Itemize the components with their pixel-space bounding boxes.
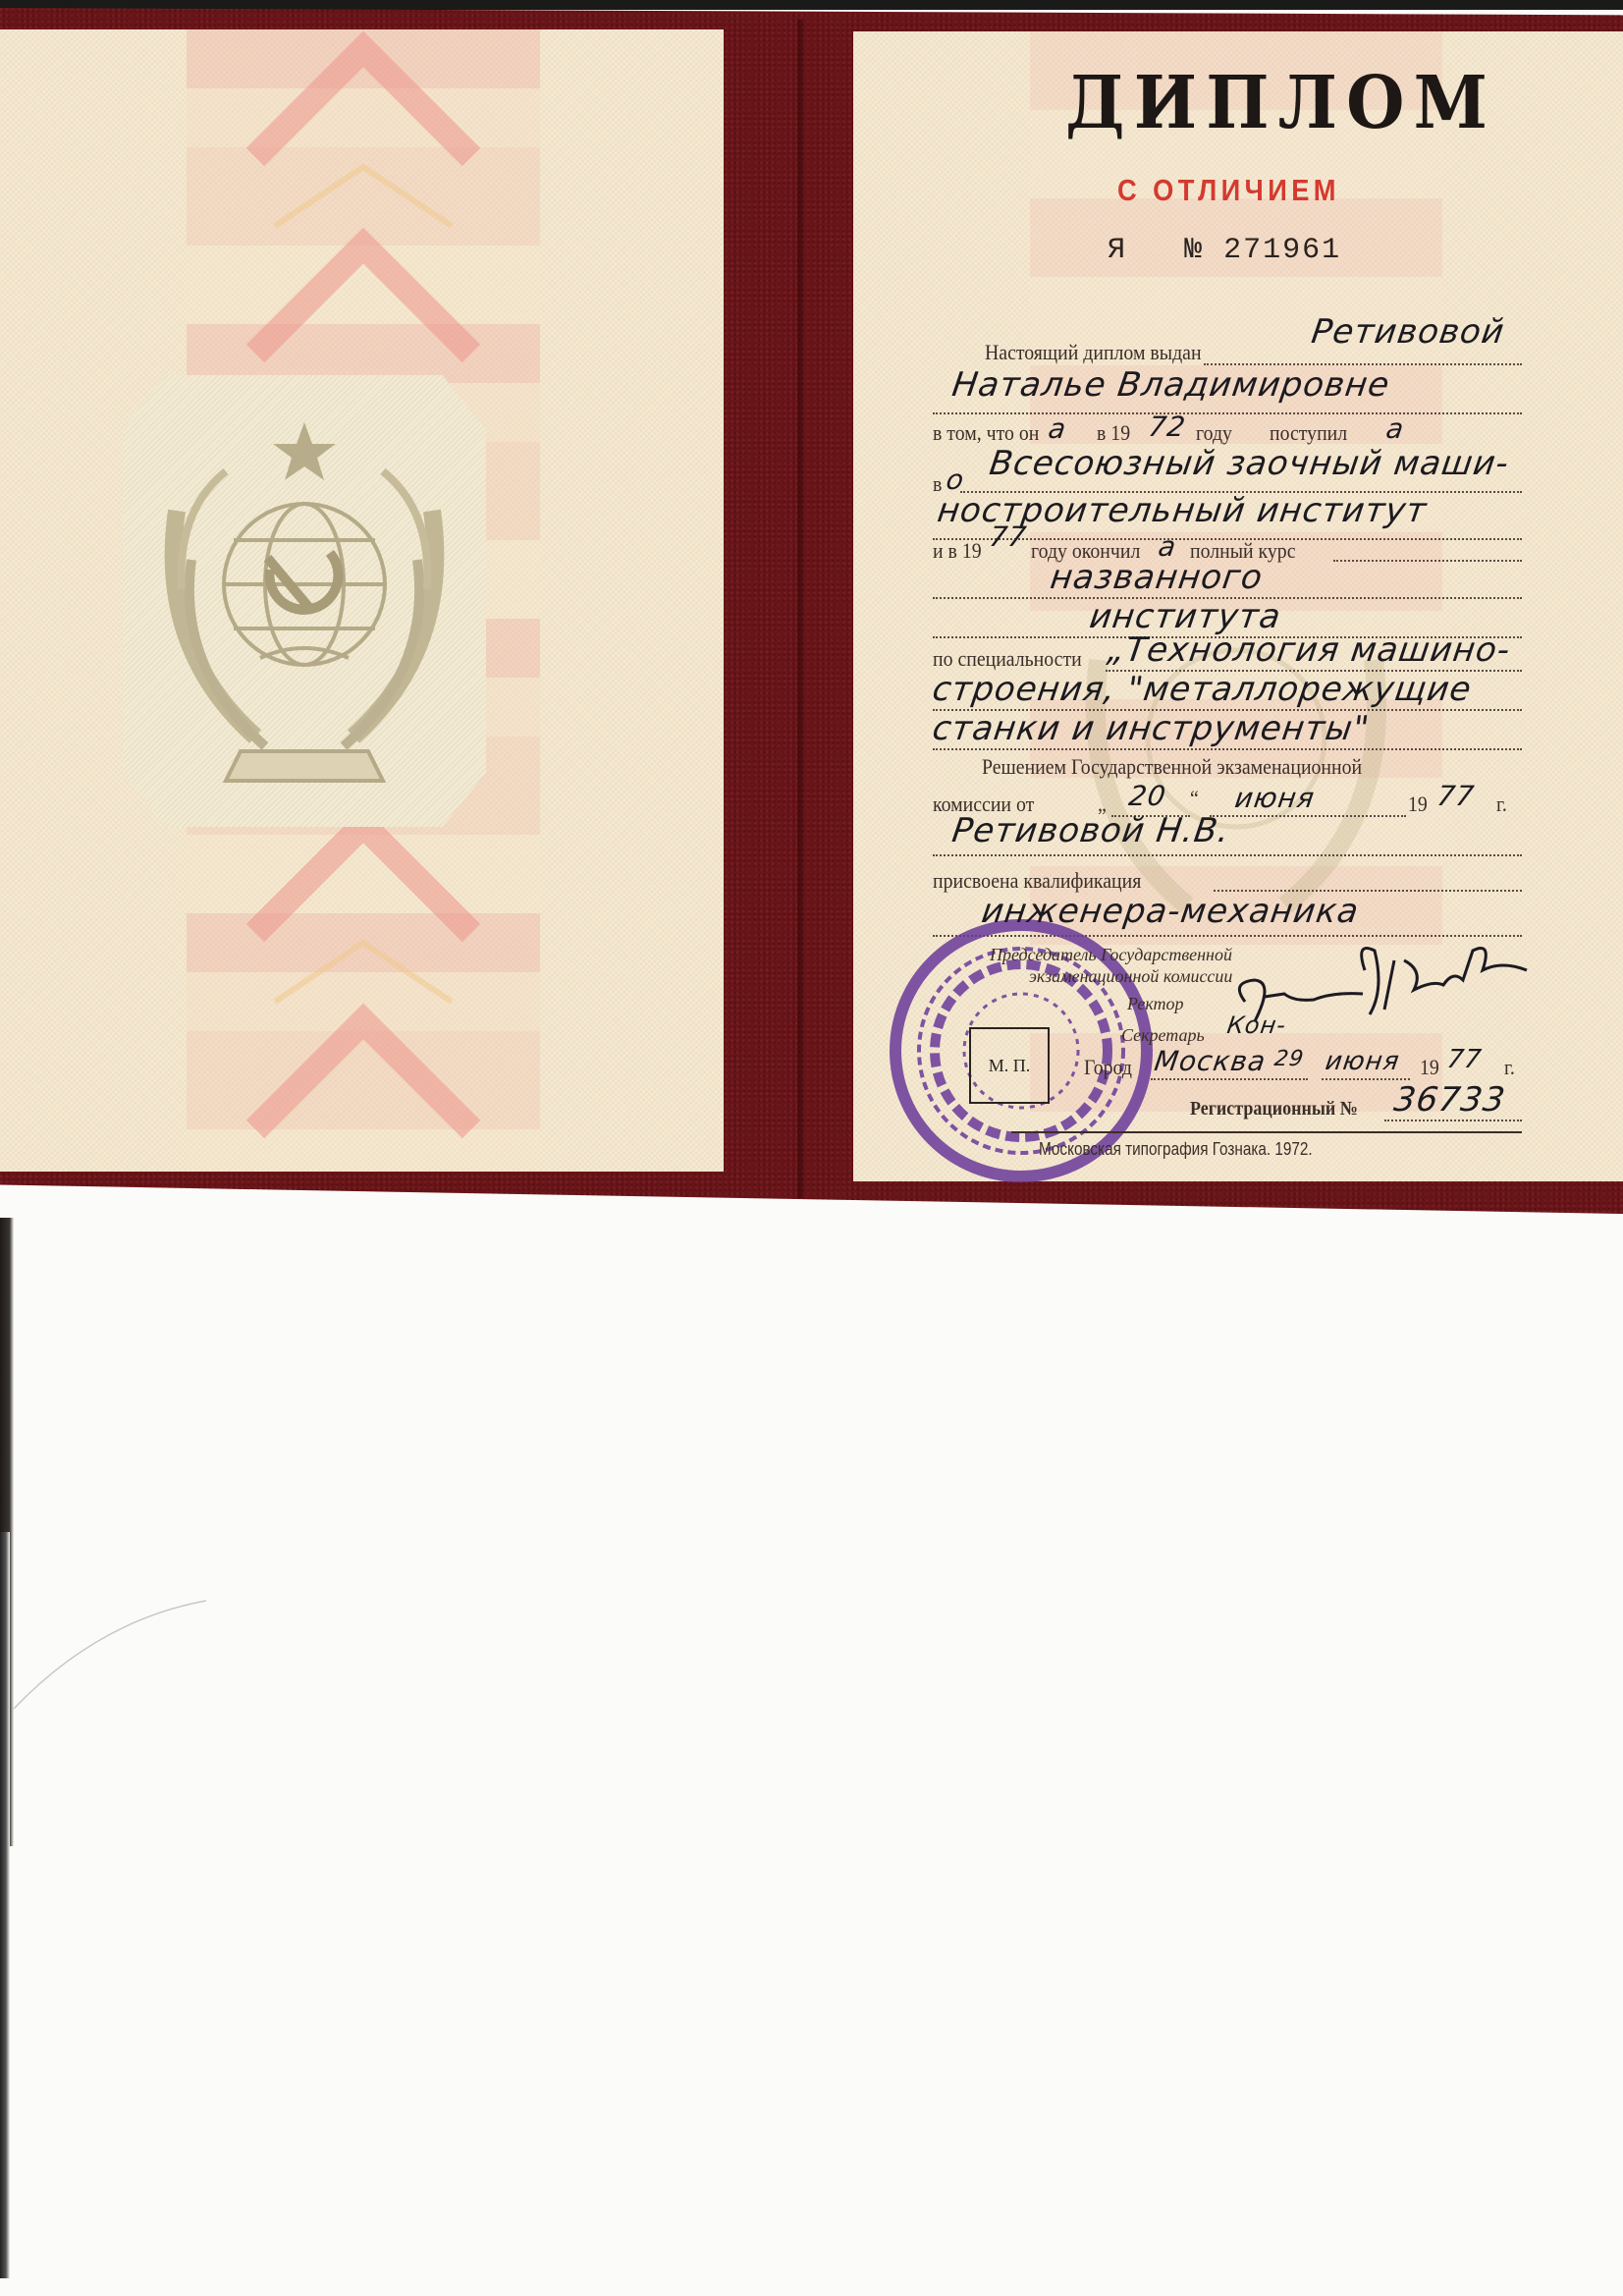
- enrolled-label: поступил: [1270, 420, 1347, 446]
- specialty-label: по специальности: [933, 646, 1082, 672]
- secretary-label: Секретарь: [1121, 1025, 1205, 1046]
- decision-month: июня: [1233, 782, 1318, 814]
- close-quote: “: [1190, 786, 1199, 811]
- series-letter: Я: [1108, 234, 1127, 267]
- holder-given-names: Наталье Владимировне: [949, 365, 1392, 405]
- chair-label-line-2: экзаменационной комиссии: [1029, 966, 1232, 987]
- graduated-year: 77: [988, 520, 1029, 553]
- issue-year-prefix: 19: [1420, 1055, 1439, 1080]
- city: Москва: [1153, 1045, 1269, 1077]
- diploma-serial: Я № 271961: [1108, 234, 1341, 267]
- issue-year: 77: [1445, 1045, 1484, 1074]
- holder-short-name: Ретивовой Н.В.: [949, 811, 1232, 850]
- number-sign: №: [1184, 234, 1204, 267]
- qualification: инженера-механика: [979, 892, 1362, 931]
- left-page: [0, 29, 724, 1172]
- cover-spine: [797, 20, 803, 1198]
- specialty-line-1: „Технология машино-: [1105, 630, 1513, 670]
- enrolled-year: 72: [1147, 410, 1188, 443]
- fill-line: [1384, 1120, 1522, 1121]
- registration-label: Регистрационный №: [1190, 1098, 1358, 1121]
- graduated-prefix: и в 19: [933, 538, 982, 564]
- in-year-label: в 19: [1097, 420, 1130, 446]
- issued-to-label: Настоящий диплом выдан: [985, 340, 1202, 365]
- decision-year: 77: [1435, 780, 1477, 812]
- decision-year-prefix: 19: [1408, 792, 1428, 817]
- seal-place-label: М. П.: [989, 1056, 1031, 1076]
- ussr-emblem-icon: [137, 393, 471, 805]
- issue-year-abbr: г.: [1504, 1055, 1515, 1080]
- qualification-label: присвоена квалификация: [933, 868, 1141, 894]
- chair-signature-icon: [1345, 931, 1542, 1029]
- with-honors-subtitle: С ОТЛИЧИЕМ: [1117, 173, 1340, 208]
- course-line-1: названного: [1048, 558, 1266, 597]
- diploma-number: 271961: [1223, 234, 1341, 267]
- fill-line: [933, 412, 1522, 414]
- issue-day: 29: [1272, 1047, 1306, 1071]
- secretary-signature: Кон-: [1225, 1011, 1288, 1039]
- city-label: Город: [1084, 1055, 1132, 1080]
- decision-label: Решением Государственной экзаменационной: [982, 754, 1362, 780]
- printer-note: Московская типография Гознака. 1972.: [1039, 1139, 1313, 1160]
- fill-line: [933, 748, 1522, 750]
- in-that-label: в том, что он: [933, 420, 1039, 446]
- registration-number: 36733: [1391, 1080, 1508, 1120]
- specialty-line-2: строения, "металлорежущие: [930, 670, 1474, 709]
- fill-line: [1151, 1078, 1308, 1080]
- diploma-title: ДИПЛОМ: [1065, 61, 1496, 145]
- dust-hair-mark: [10, 1561, 216, 1719]
- footer-rule: [1011, 1131, 1522, 1133]
- scanner-top-edge: [0, 0, 1623, 10]
- rector-label: Ректор: [1127, 994, 1184, 1014]
- specialty-line-3: станки и инструменты": [930, 709, 1372, 748]
- year-word: году: [1196, 420, 1232, 446]
- fill-line: [1210, 815, 1406, 817]
- chair-label-line-1: Председатель Государственной: [990, 945, 1232, 965]
- fill-line: [933, 854, 1522, 856]
- issue-month: июня: [1324, 1047, 1402, 1076]
- holder-surname: Ретивовой: [1309, 312, 1507, 352]
- year-abbr: г.: [1496, 792, 1507, 817]
- decision-day: 20: [1127, 780, 1168, 812]
- fill-line: [1333, 560, 1522, 562]
- scanner-edge-shadow: [0, 1532, 10, 2278]
- institute-line-1: Всесоюзный заочный маши-: [987, 444, 1511, 483]
- seal-place-box: М. П.: [969, 1027, 1050, 1104]
